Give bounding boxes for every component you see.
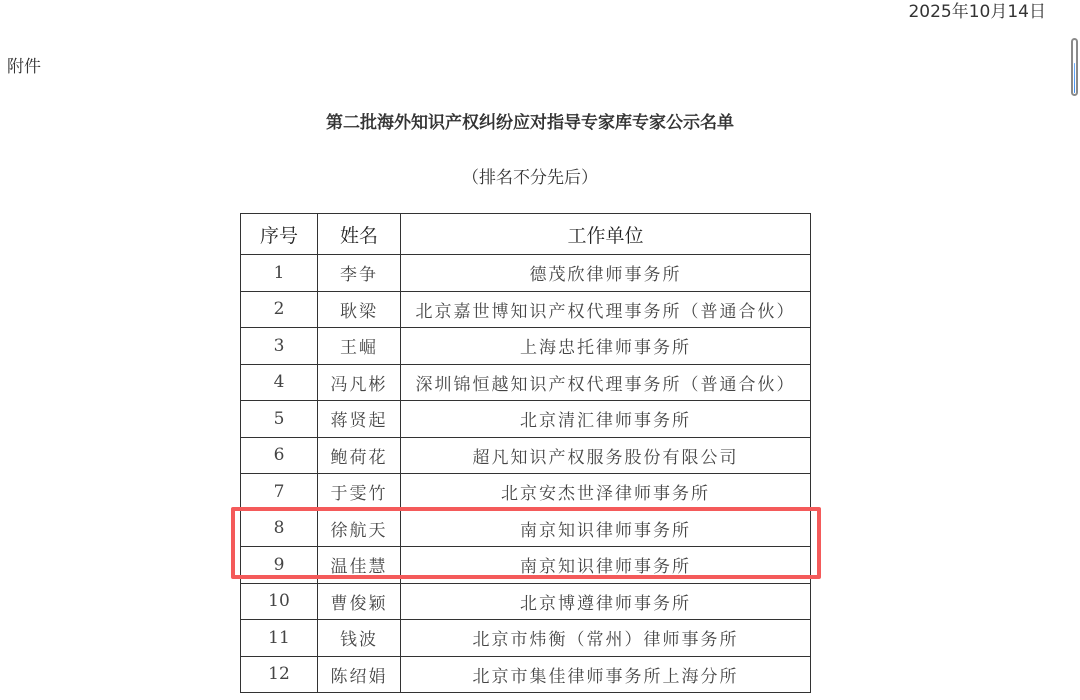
cell-number: 11 — [241, 620, 318, 657]
scrollbar-thumb[interactable] — [1074, 63, 1075, 93]
publish-date: 2025年10月14日 — [908, 0, 1046, 24]
document-title: 第二批海外知识产权纠纷应对指导专家库专家公示名单 — [0, 108, 1060, 133]
attachment-label: 附件 — [7, 56, 41, 78]
cell-name: 鲍荷花 — [318, 437, 401, 474]
cell-organization: 南京知识律师事务所 — [401, 510, 811, 547]
table-row: 2 耿梁 北京嘉世博知识产权代理事务所（普通合伙） — [241, 291, 811, 328]
cell-number: 12 — [241, 656, 318, 693]
cell-number: 2 — [241, 291, 318, 328]
cell-number: 4 — [241, 364, 318, 401]
column-header-organization: 工作单位 — [401, 214, 811, 255]
cell-organization: 南京知识律师事务所 — [401, 547, 811, 584]
cell-name: 蒋贤起 — [318, 401, 401, 438]
expert-list-table: 序号 姓名 工作单位 1 李争 德茂欣律师事务所 2 耿梁 北京嘉世博知识产权代… — [240, 213, 811, 693]
cell-organization: 北京市集佳律师事务所上海分所 — [401, 656, 811, 693]
table-row: 4 冯凡彬 深圳锦恒越知识产权代理事务所（普通合伙） — [241, 364, 811, 401]
document-subtitle: （排名不分先后） — [0, 163, 1060, 188]
cell-name: 曹俊颖 — [318, 583, 401, 620]
table-row: 3 王崛 上海忠托律师事务所 — [241, 328, 811, 365]
cell-organization: 深圳锦恒越知识产权代理事务所（普通合伙） — [401, 364, 811, 401]
cell-organization: 北京博遵律师事务所 — [401, 583, 811, 620]
cell-organization: 超凡知识产权服务股份有限公司 — [401, 437, 811, 474]
table-row: 6 鲍荷花 超凡知识产权服务股份有限公司 — [241, 437, 811, 474]
cell-name: 钱波 — [318, 620, 401, 657]
table-row: 5 蒋贤起 北京清汇律师事务所 — [241, 401, 811, 438]
cell-number: 10 — [241, 583, 318, 620]
table-row: 10 曹俊颖 北京博遵律师事务所 — [241, 583, 811, 620]
cell-organization: 北京嘉世博知识产权代理事务所（普通合伙） — [401, 291, 811, 328]
cell-number: 6 — [241, 437, 318, 474]
cell-organization: 北京安杰世泽律师事务所 — [401, 474, 811, 511]
cell-number: 9 — [241, 547, 318, 584]
vertical-scrollbar[interactable] — [1071, 38, 1078, 96]
cell-name: 陈绍娟 — [318, 656, 401, 693]
cell-number: 1 — [241, 255, 318, 292]
cell-organization: 北京市炜衡（常州）律师事务所 — [401, 620, 811, 657]
table-row: 7 于雯竹 北京安杰世泽律师事务所 — [241, 474, 811, 511]
table-row: 1 李争 德茂欣律师事务所 — [241, 255, 811, 292]
cell-number: 3 — [241, 328, 318, 365]
cell-number: 7 — [241, 474, 318, 511]
table-row-highlighted: 8 徐航天 南京知识律师事务所 — [241, 510, 811, 547]
cell-name: 耿梁 — [318, 291, 401, 328]
cell-name: 李争 — [318, 255, 401, 292]
cell-name: 徐航天 — [318, 510, 401, 547]
cell-organization: 北京清汇律师事务所 — [401, 401, 811, 438]
column-header-number: 序号 — [241, 214, 318, 255]
cell-name: 温佳慧 — [318, 547, 401, 584]
cell-name: 冯凡彬 — [318, 364, 401, 401]
table-row-highlighted: 9 温佳慧 南京知识律师事务所 — [241, 547, 811, 584]
table-row: 11 钱波 北京市炜衡（常州）律师事务所 — [241, 620, 811, 657]
cell-organization: 上海忠托律师事务所 — [401, 328, 811, 365]
cell-number: 8 — [241, 510, 318, 547]
column-header-name: 姓名 — [318, 214, 401, 255]
table-row: 12 陈绍娟 北京市集佳律师事务所上海分所 — [241, 656, 811, 693]
table-header-row: 序号 姓名 工作单位 — [241, 214, 811, 255]
cell-name: 王崛 — [318, 328, 401, 365]
cell-number: 5 — [241, 401, 318, 438]
cell-organization: 德茂欣律师事务所 — [401, 255, 811, 292]
cell-name: 于雯竹 — [318, 474, 401, 511]
